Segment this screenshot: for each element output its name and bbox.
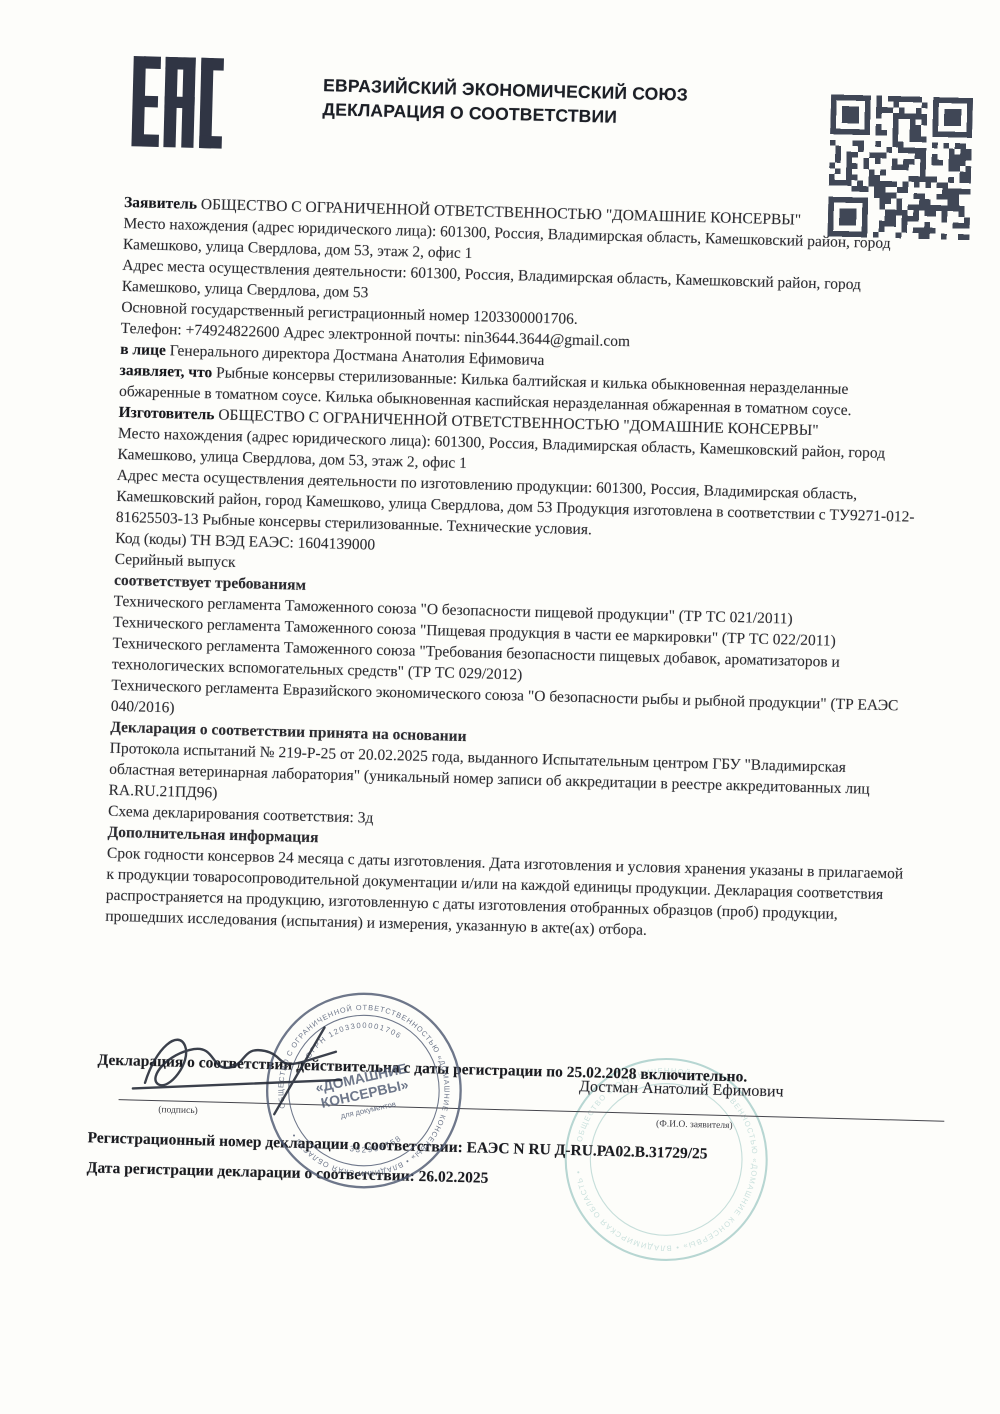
scanned-declaration-page: ЕАС ЕВ	[0, 0, 1000, 1414]
header: ЕАС ЕВ	[124, 52, 933, 213]
qr-code-icon	[827, 88, 973, 246]
signature-icon	[126, 1018, 360, 1122]
eac-logo-icon: ЕАС	[129, 54, 225, 150]
applicant-label: Заявитель	[124, 194, 197, 213]
declares-label: заявляет, что	[119, 362, 212, 381]
manufacturer-label: Изготовитель	[118, 404, 214, 424]
signer-caption: (Ф.И.О. заявителя)	[656, 1119, 733, 1131]
stamp-number-text: 332909758	[347, 1133, 405, 1159]
declaration-sheet: ЕАС ЕВ	[97, 52, 934, 1263]
svg-text:332909758: 332909758	[347, 1133, 405, 1159]
represented-by-label: в лице	[120, 341, 166, 359]
header-title: ЕВРАЗИЙСКИЙ ЭКОНОМИЧЕСКИЙ СОЮЗ ДЕКЛАРАЦИ…	[322, 73, 688, 131]
